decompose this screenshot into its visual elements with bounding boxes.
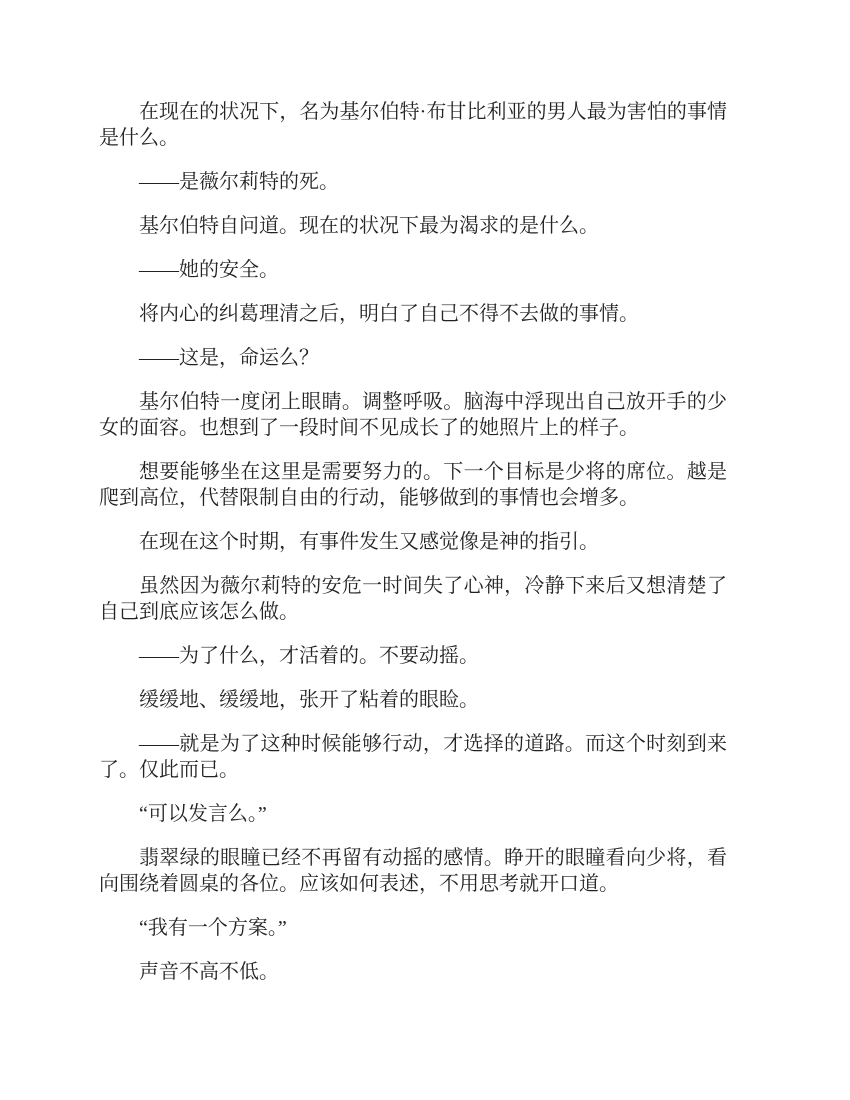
paragraph: 基尔伯特一度闭上眼睛。调整呼吸。脑海中浮现出自己放开手的少女的面容。也想到了一段… — [99, 389, 727, 441]
paragraph: 基尔伯特自问道。现在的状况下最为渴求的是什么。 — [99, 213, 727, 239]
paragraph: “可以发言么。” — [99, 801, 727, 827]
paragraph: 在现在的状况下，名为基尔伯特·布甘比利亚的男人最为害怕的事情是什么。 — [99, 99, 727, 151]
paragraph: ——为了什么，才活着的。不要动摇。 — [99, 643, 727, 669]
document-page: 在现在的状况下，名为基尔伯特·布甘比利亚的男人最为害怕的事情是什么。 ——是薇尔… — [0, 0, 850, 1100]
paragraph: 翡翠绿的眼瞳已经不再留有动摇的感情。睁开的眼瞳看向少将，看向围绕着圆桌的各位。应… — [99, 845, 727, 897]
paragraph: “我有一个方案。” — [99, 915, 727, 941]
paragraph: 声音不高不低。 — [99, 959, 727, 985]
paragraph: ——就是为了这种时候能够行动，才选择的道路。而这个时刻到来了。仅此而已。 — [99, 731, 727, 783]
paragraph: ——她的安全。 — [99, 257, 727, 283]
paragraph: 虽然因为薇尔莉特的安危一时间失了心神，冷静下来后又想清楚了自己到底应该怎么做。 — [99, 573, 727, 625]
paragraph: ——是薇尔莉特的死。 — [99, 169, 727, 195]
paragraph: 在现在这个时期，有事件发生又感觉像是神的指引。 — [99, 529, 727, 555]
text-content: 在现在的状况下，名为基尔伯特·布甘比利亚的男人最为害怕的事情是什么。 ——是薇尔… — [99, 99, 727, 985]
paragraph: 想要能够坐在这里是需要努力的。下一个目标是少将的席位。越是爬到高位，代替限制自由… — [99, 459, 727, 511]
paragraph: 将内心的纠葛理清之后，明白了自己不得不去做的事情。 — [99, 301, 727, 327]
paragraph: 缓缓地、缓缓地，张开了粘着的眼睑。 — [99, 687, 727, 713]
paragraph: ——这是，命运么？ — [99, 345, 727, 371]
